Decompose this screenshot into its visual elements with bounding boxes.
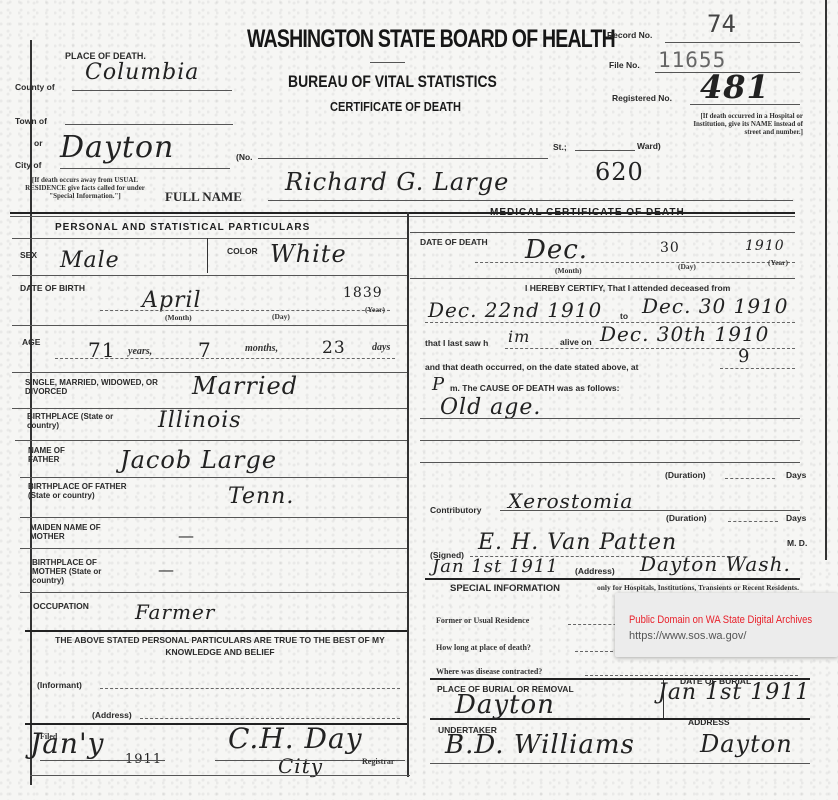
registered-no-label: Registered No. [612,93,672,103]
special-heading: SPECIAL INFORMATION [450,584,560,593]
registrar-signature: C.H. Day [228,722,363,755]
medical-heading: MEDICAL CERTIFICATE OF DEATH [490,207,685,218]
death-year-caption: (Year) [768,258,788,267]
mother-birthplace-label: BIRTHPLACE OF MOTHER (State or country) [32,558,132,585]
last-saw-date: Dec. 30th 1910 [600,322,769,346]
special-heading-suffix: only for Hospitals, Institutions, Transi… [597,583,812,593]
archive-watermark-box: Public Domain on WA State Digital Archiv… [615,593,838,657]
color-value: White [270,240,347,268]
mother-value: — [178,526,195,545]
informant-address-label: (Address) [92,710,132,720]
residence-note: [If death occurs away from USUAL RESIDEN… [16,176,154,200]
town-label: Town of [15,116,47,126]
duration-label-1: (Duration) [665,470,706,480]
cause-value: Old age. [440,395,541,420]
cause-label: m. The CAUSE OF DEATH was as follows: [450,383,619,393]
bureau-title: BUREAU OF VITAL STATISTICS [288,72,497,92]
last-saw-label: that I last saw h [425,338,488,348]
age-label: AGE [22,337,40,347]
birthplace-value: Illinois [158,408,242,433]
death-month: Dec. [525,235,588,265]
death-month-caption: (Month) [555,266,582,275]
dob-month-caption: (Month) [165,313,192,322]
age-years: 71 [88,338,115,362]
county-value: Columbia [85,60,199,85]
filed-date: Jan'y [30,727,104,760]
father-value: Jacob Large [120,446,277,474]
burial-place-value: Dayton [455,690,555,720]
death-hour: 9 [738,346,750,367]
meridian: P [432,374,445,395]
signed-date: Jan 1st 1911 [432,556,559,577]
attended-from: Dec. 22nd 1910 [428,298,602,322]
father-birthplace-value: Tenn. [228,484,294,509]
mother-label: MAIDEN NAME OF MOTHER [30,523,120,541]
burial-date-value: Jan 1st 1911 [658,680,810,705]
how-long-label: How long at place of death? [436,643,531,652]
undertaker-address: Dayton [700,730,793,758]
death-year: 1910 [745,238,785,254]
personal-heading: PERSONAL AND STATISTICAL PARTICULARS [55,222,310,233]
color-label: COLOR [227,246,258,256]
undertaker-value: B.D. Williams [445,730,635,760]
marital-value: Married [192,372,298,400]
former-residence-label: Former or Usual Residence [436,616,529,625]
attended-to: Dec. 30 1910 [642,294,789,318]
street-label: St.; [553,142,567,152]
file-no-label: File No. [609,60,640,70]
occupation-value: Farmer [135,600,215,624]
death-certificate-document: given in every instance. PLACE OF DEATH.… [0,0,838,800]
physician-address-label: (Address) [575,566,615,576]
where-contracted-label: Where was disease contracted? [436,667,542,676]
board-title: WASHINGTON STATE BOARD OF HEALTH [247,25,615,54]
dob-year: 1839 [343,285,383,301]
age-months-label: months, [245,343,278,354]
ward-label: Ward) [637,141,661,151]
days-label-1: Days [786,470,806,480]
full-name-label: FULL NAME [165,192,242,201]
birthplace-label: BIRTHPLACE (State or country) [27,412,127,430]
last-saw-pronoun: im [508,327,530,346]
duration-label-2: (Duration) [666,513,707,523]
informant-label: (Informant) [37,680,82,690]
physician-address: Dayton Wash. [640,552,791,576]
age-months: 7 [198,338,212,362]
age-days-label: days [372,342,390,353]
occurred-text: and that death occurred, on the date sta… [425,362,638,372]
death-day-caption: (Day) [678,262,696,271]
age-years-label: years, [128,346,152,357]
certify-text: I HEREBY CERTIFY, That I attended deceas… [525,283,730,293]
md-label: M. D. [787,538,807,548]
father-birthplace-label: BIRTHPLACE OF FATHER (State or country) [28,482,128,500]
city-label: City of [15,160,41,170]
occupation-label: OCCUPATION [33,601,89,611]
column-divider [407,212,409,777]
days-label-2: Days [786,513,806,523]
dob-year-caption: (Year) [365,305,385,314]
marital-label: SINGLE, MARRIED, WIDOWED, OR DIVORCED [25,378,175,396]
death-day: 30 [660,240,680,256]
contributory-label: Contributory [430,505,481,515]
right-border [825,0,827,560]
county-label: County of [15,82,55,92]
full-name-annotation: 620 [595,158,644,186]
archive-watermark-title: Public Domain on WA State Digital Archiv… [629,614,812,626]
registered-no-value: 481 [700,68,770,106]
certificate-title: CERTIFICATE OF DEATH [330,99,461,114]
record-no-value: 74 [707,10,736,38]
full-name-value: Richard G. Large [285,168,509,196]
attestation-text: THE ABOVE STATED PERSONAL PARTICULARS AR… [50,634,390,658]
dob-label: DATE OF BIRTH [20,283,85,293]
sex-value: Male [60,248,120,273]
dob-day-caption: (Day) [272,312,290,321]
or-label: or [34,138,43,148]
street-no-label: (No. [236,152,253,162]
mother-birthplace-value: — [158,560,175,579]
father-label: NAME OF FATHER [28,446,88,464]
sex-label: SEX [20,250,37,260]
date-of-death-label: DATE OF DEATH [420,237,488,247]
to-label: to [620,311,628,321]
undertaker-address-label: ADDRESS [688,718,730,727]
archive-watermark-url[interactable]: https://www.sos.wa.gov/ [629,630,746,642]
alive-on-label: alive on [560,337,592,347]
city-value: Dayton [60,130,174,165]
record-no-label: Record No. [607,30,652,40]
registrar-label: Registrar [362,757,394,766]
age-days: 23 [322,338,346,358]
hospital-note: [If death occurred in a Hospital or Inst… [685,112,803,136]
